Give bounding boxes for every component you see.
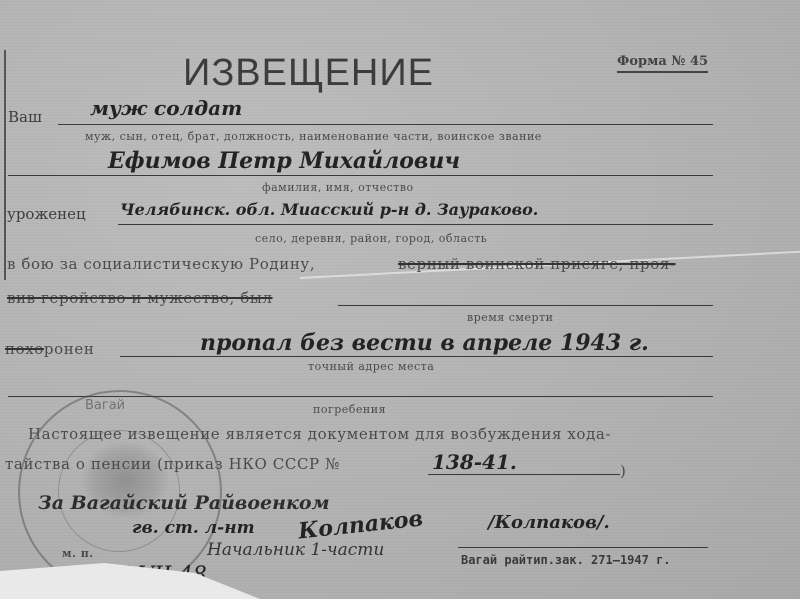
officer-printed-name: /Колпаков/. bbox=[488, 512, 610, 533]
left-margin-rule bbox=[4, 50, 6, 280]
birthplace-underline bbox=[118, 224, 713, 225]
burial-value: пропал без вести в апреле 1943 г. bbox=[200, 330, 649, 356]
order-number-underline bbox=[428, 474, 620, 475]
document-title: ИЗВЕЩЕНИЕ bbox=[183, 52, 434, 95]
burial-caption-2: погребения bbox=[313, 403, 386, 416]
birthplace-value: Челябинск. обл. Миасский р-н д. Заураков… bbox=[120, 200, 538, 219]
time-of-death-caption: время смерти bbox=[467, 311, 553, 324]
name-value: Ефимов Петр Михайлович bbox=[108, 148, 460, 174]
printer-mark: Вагай райтип.зак. 271—1947 г. bbox=[461, 553, 671, 567]
birthplace-caption: село, деревня, район, город, область bbox=[255, 232, 487, 245]
statement-line-2: тайства о пенсии (приказ НКО СССР № bbox=[5, 455, 340, 473]
birthplace-label: уроженец bbox=[7, 205, 86, 223]
statement-line-1: Настоящее извещение является документом … bbox=[28, 425, 611, 443]
relation-label: Ваш bbox=[8, 108, 42, 126]
form-number: Форма № 45 bbox=[617, 54, 708, 73]
burial-label: похоронен bbox=[5, 340, 94, 358]
statement-close-paren: ) bbox=[620, 462, 626, 480]
officer-position: Начальник 1-части bbox=[207, 540, 384, 560]
time-of-death-underline bbox=[338, 305, 713, 306]
name-underline bbox=[8, 175, 713, 176]
battle-struck-text-1: верный воинской присяге, проя- bbox=[398, 255, 676, 273]
battle-struck-text-2: вив геройство и мужество, был bbox=[7, 289, 273, 307]
battle-text: в бою за социалистическую Родину, bbox=[7, 255, 315, 273]
military-office: За Вагайский Райвоенком bbox=[38, 492, 330, 514]
notification-document: ИЗВЕЩЕНИЕ Форма № 45 Ваш муж солдат муж,… bbox=[0, 0, 800, 599]
relation-underline bbox=[58, 124, 713, 125]
name-caption: фамилия, имя, отчество bbox=[262, 181, 414, 194]
burial-label-struck: похо bbox=[5, 340, 44, 358]
burial-underline bbox=[120, 356, 713, 357]
relation-caption: муж, сын, отец, брат, должность, наимено… bbox=[85, 130, 542, 143]
stamp-text: Вагай bbox=[85, 398, 125, 413]
order-number: 138-41. bbox=[432, 450, 517, 474]
seal-place-label: м. п. bbox=[62, 547, 94, 560]
officer-rank: гв. ст. л-нт bbox=[132, 518, 255, 538]
burial-label-rest: ронен bbox=[44, 340, 95, 358]
signature-underline bbox=[458, 547, 708, 548]
relation-value: муж солдат bbox=[90, 96, 242, 120]
burial-caption: точный адрес места bbox=[308, 360, 434, 373]
